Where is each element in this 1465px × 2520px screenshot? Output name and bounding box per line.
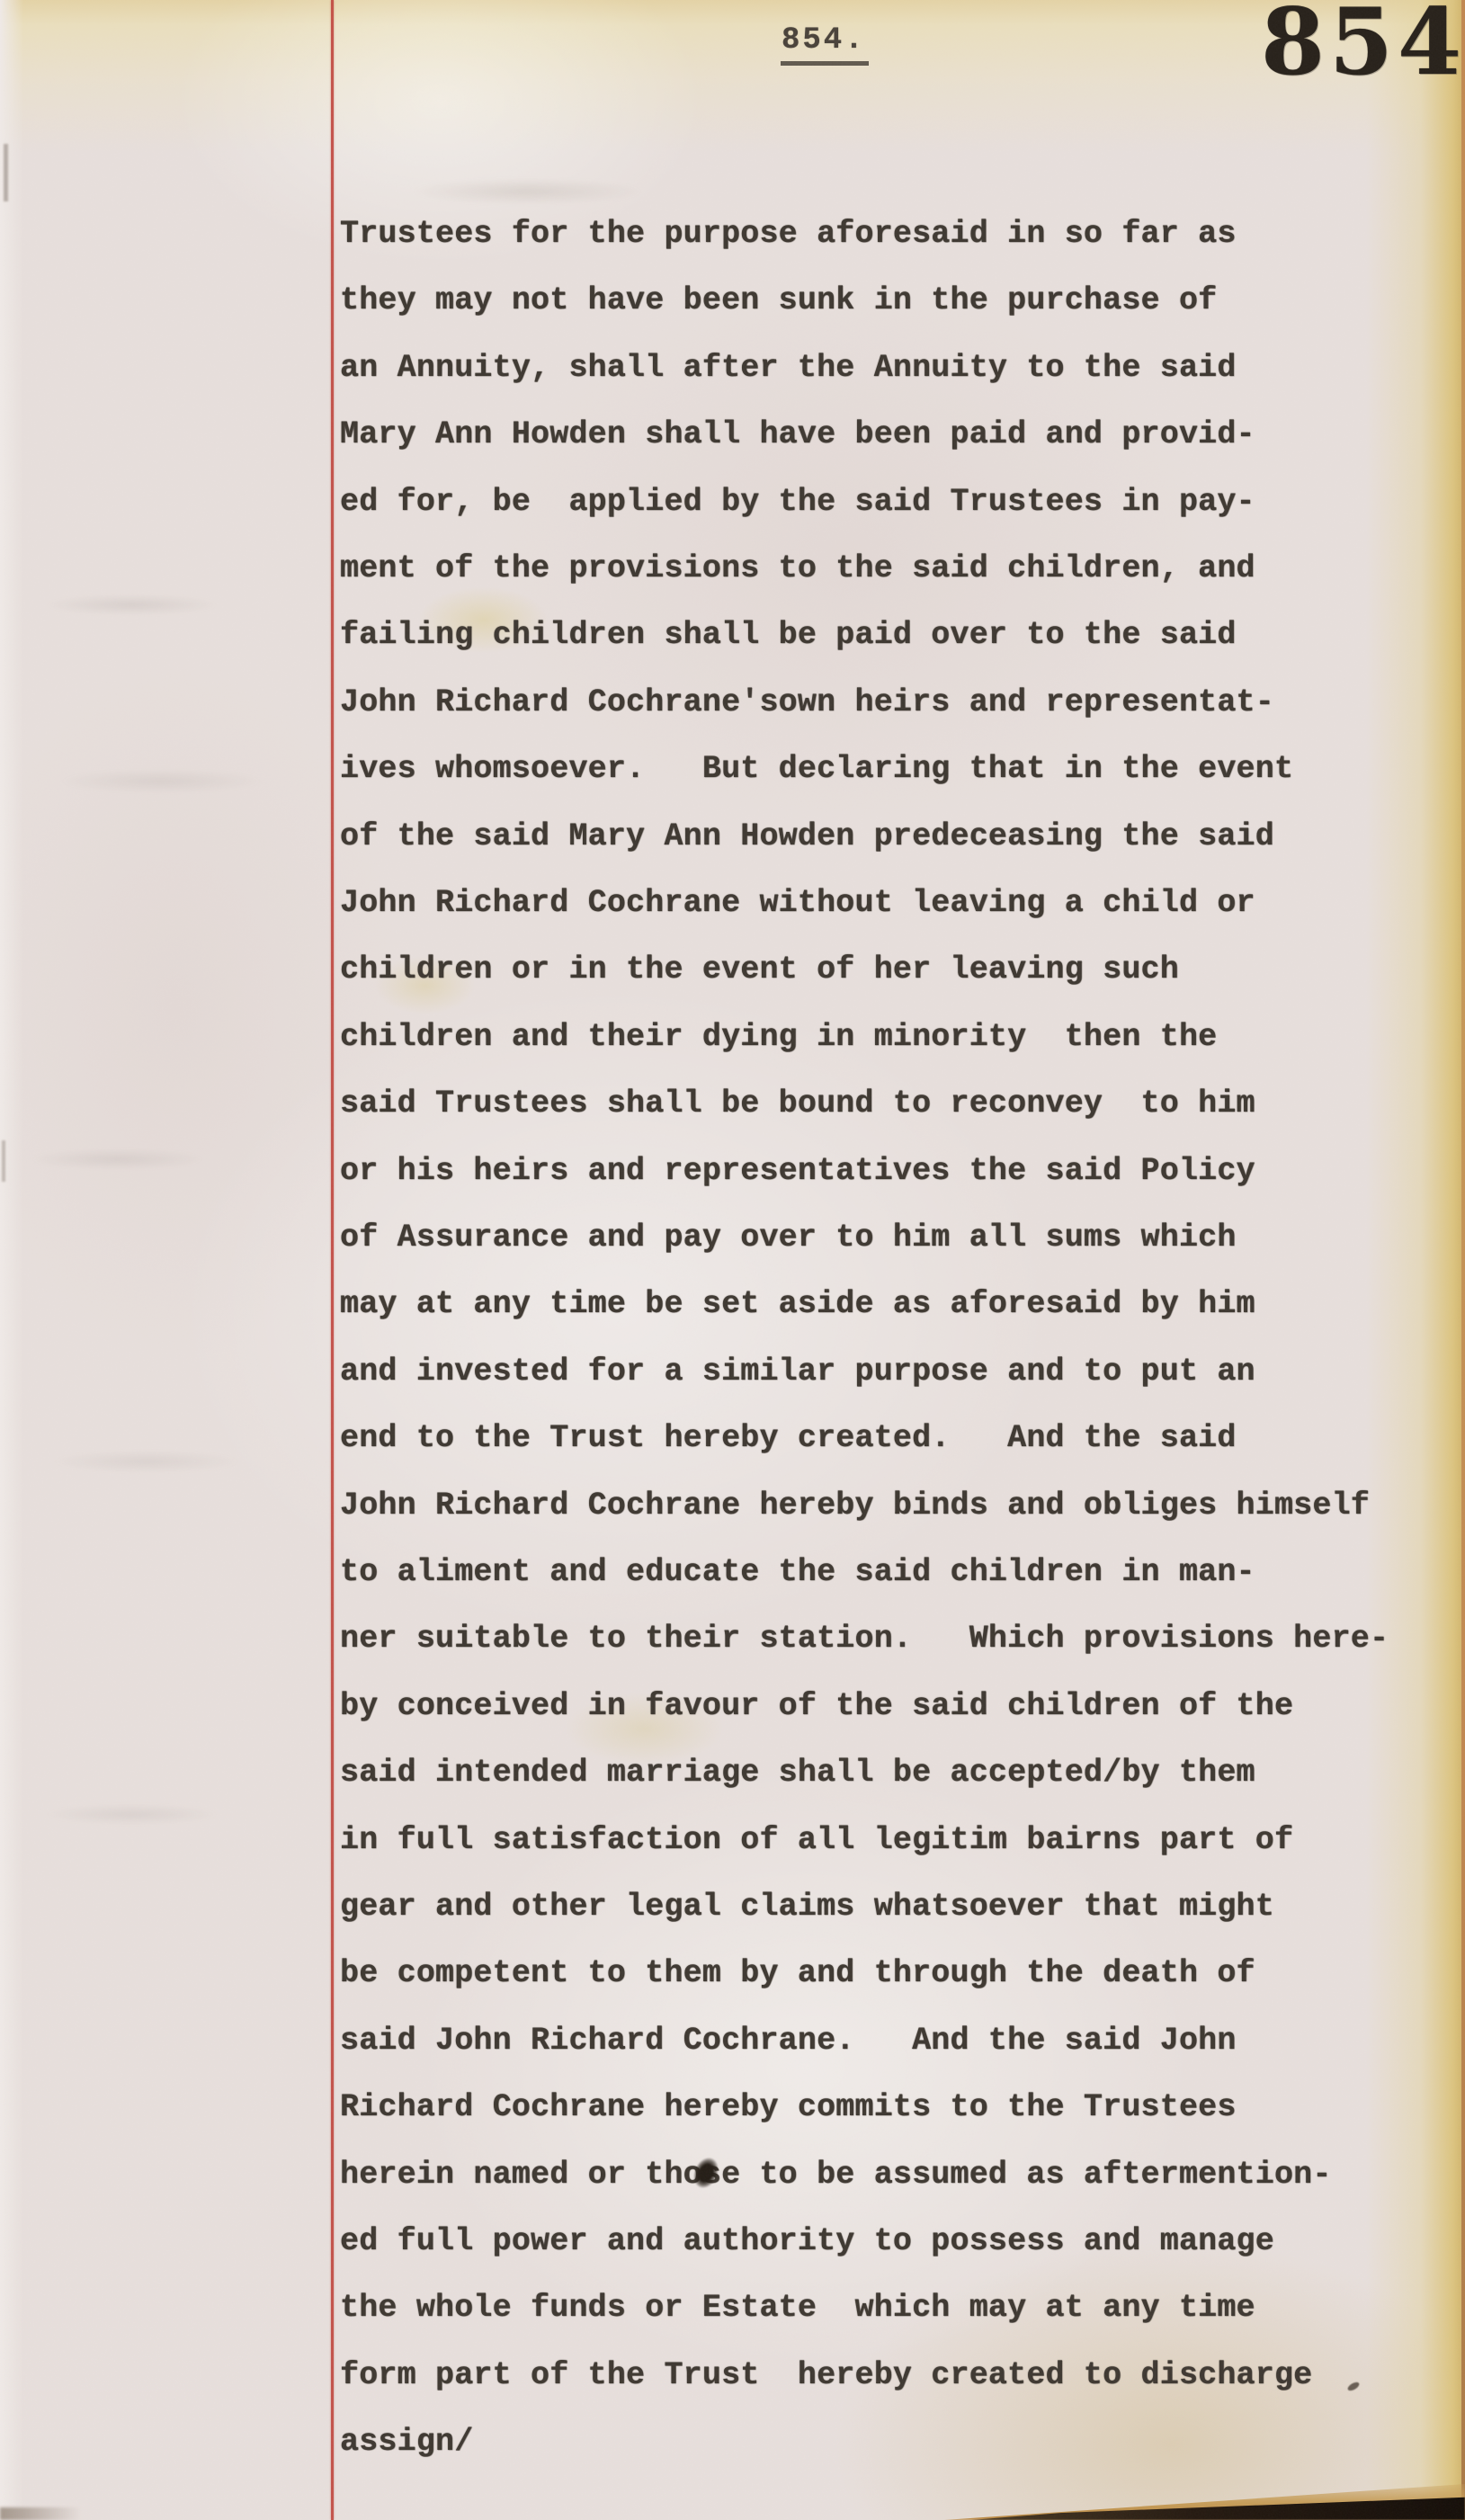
document-line: may at any time be set aside as aforesai… [340,1286,1255,1322]
document-line: an Annuity, shall after the Annuity to t… [340,350,1237,386]
document-line: ives whomsoever. But declaring that in t… [340,751,1293,787]
document-line: ment of the provisions to the said child… [340,550,1255,586]
left-edge-mark [4,144,8,201]
document-line: of the said Mary Ann Howden predeceasing… [340,818,1274,854]
left-edge-mark [2,1140,5,1182]
typewritten-body: Trustees for the purpose aforesaid in so… [0,0,1465,2520]
document-line: children and their dying in minority the… [340,1019,1217,1055]
document-line: John Richard Cochrane hereby binds and o… [340,1488,1370,1524]
document-line: failing children shall be paid over to t… [340,617,1237,653]
document-line: to aliment and educate the said children… [340,1554,1255,1590]
document-line: they may not have been sunk in the purch… [340,282,1217,318]
document-line: herein named or those to be assumed as a… [340,2157,1332,2193]
document-line: ner suitable to their station. Which pro… [340,1621,1389,1657]
document-line: in full satisfaction of all legitim bair… [340,1822,1293,1858]
document-line: John Richard Cochrane without leaving a … [340,885,1255,921]
document-line: ed full power and authority to possess a… [340,2223,1274,2259]
document-line: Richard Cochrane hereby commits to the T… [340,2089,1237,2125]
bottom-left-shadow [0,2507,81,2520]
document-line: said John Richard Cochrane. And the said… [340,2023,1237,2059]
document-line: said Trustees shall be bound to reconvey… [340,1086,1255,1121]
document-line: ed for, be applied by the said Trustees … [340,484,1255,520]
document-line: by conceived in favour of the said child… [340,1688,1293,1724]
document-line: Mary Ann Howden shall have been paid and… [340,416,1255,452]
document-line: end to the Trust hereby created. And the… [340,1420,1237,1456]
document-line: of Assurance and pay over to him all sum… [340,1220,1237,1256]
document-line: form part of the Trust hereby created to… [340,2357,1312,2393]
document-line: John Richard Cochrane'sown heirs and rep… [340,684,1274,720]
document-line: the whole funds or Estate which may at a… [340,2290,1255,2326]
document-line: said intended marriage shall be accepted… [340,1755,1255,1791]
document-line: Trustees for the purpose aforesaid in so… [340,216,1237,252]
document-line: be competent to them by and through the … [340,1955,1255,1991]
document-line: assign/ [340,2424,473,2460]
document-line: and invested for a similar purpose and t… [340,1354,1255,1390]
document-line: children or in the event of her leaving … [340,952,1179,987]
scanned-document-page: 854. 854 Trustees for the purpose afores… [0,0,1465,2520]
document-line: gear and other legal claims whatsoever t… [340,1889,1274,1925]
document-line: or his heirs and representatives the sai… [340,1153,1255,1189]
